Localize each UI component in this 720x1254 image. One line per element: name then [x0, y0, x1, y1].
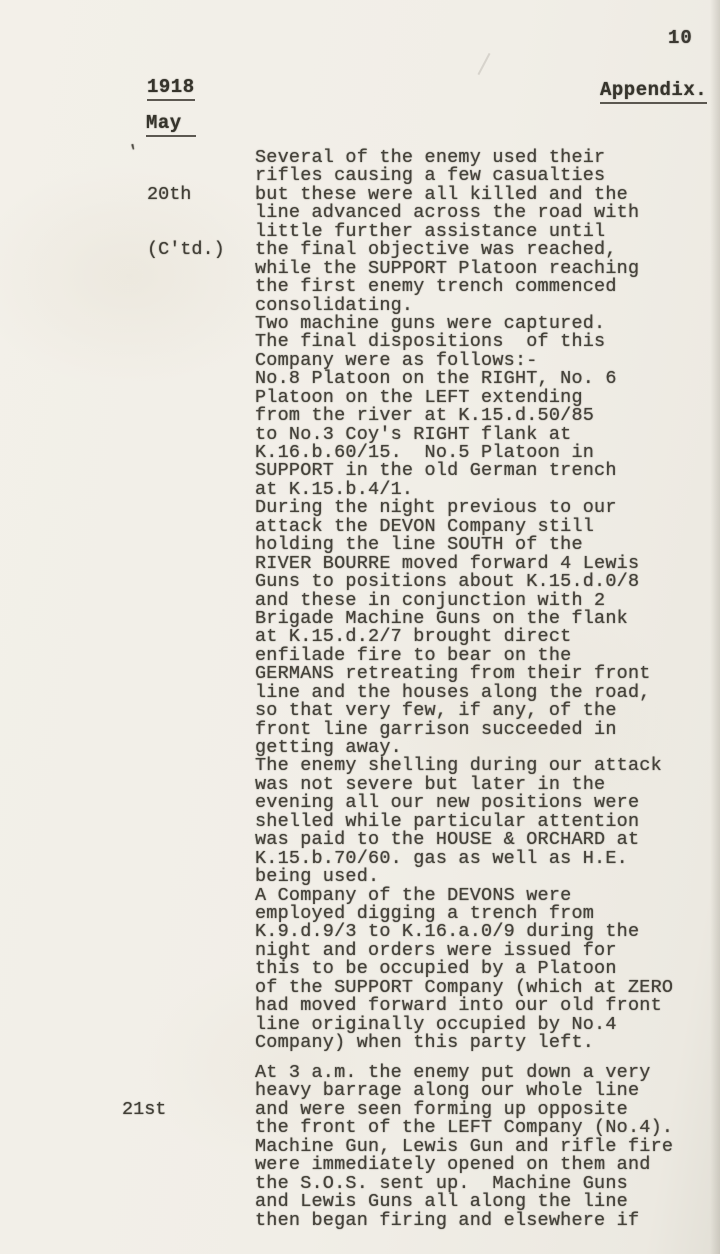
scan-edge-shadow [710, 0, 720, 1254]
entry-date-column: 21st [122, 1064, 189, 1156]
typed-line: this to be occupied by a Platoon [255, 960, 705, 978]
typed-line: the first enemy trench commenced [255, 278, 705, 296]
document-page: 10 1918 Appendix. May 20th (C'td.) Sever… [0, 0, 720, 1254]
typed-line: was paid to the HOUSE & ORCHARD at [255, 831, 705, 849]
typed-line: GERMANS retreating from their front [255, 665, 705, 683]
typed-line: Company) when this party left. [255, 1034, 705, 1052]
typed-line: holding the line SOUTH of the [255, 536, 705, 554]
typed-line: the final objective was reached, [255, 241, 705, 259]
entry-date-note: (C'td.) [147, 241, 225, 259]
entry-body: Several of the enemy used theirrifles ca… [255, 149, 705, 1052]
entry-date-column: 20th (C'td.) [147, 149, 225, 297]
entry-date: 21st [122, 1101, 189, 1119]
typed-line: During the night previous to our [255, 499, 705, 517]
month-heading: May [146, 112, 196, 137]
typed-line: from the river at K.15.d.50/85 [255, 407, 705, 425]
typed-line: then began firing and elsewhere if [255, 1212, 705, 1230]
appendix-heading: Appendix. [600, 79, 707, 104]
page-number: 10 [668, 27, 693, 49]
typed-line: and Lewis Guns all along the line [255, 1193, 705, 1211]
fold-mark [477, 53, 490, 75]
typed-line: were immediately opened on them and [255, 1156, 705, 1174]
entry-body: At 3 a.m. the enemy put down a veryheavy… [255, 1064, 705, 1230]
typed-line: the front of the LEFT Company (No.4). [255, 1119, 705, 1137]
typed-line: line advanced across the road with [255, 204, 705, 222]
typed-line: Guns to positions about K.15.d.0/8 [255, 573, 705, 591]
typed-line: evening all our new positions were [255, 794, 705, 812]
entry-date: 20th [147, 186, 225, 204]
year-heading: 1918 [147, 76, 195, 101]
typed-line: so that very few, if any, of the [255, 702, 705, 720]
typed-line: had moved forward into our old front [255, 997, 705, 1015]
typed-line: No.8 Platoon on the RIGHT, No. 6 [255, 370, 705, 388]
typed-line: being used. [255, 868, 705, 886]
stray-ink-mark: ' [127, 142, 141, 163]
